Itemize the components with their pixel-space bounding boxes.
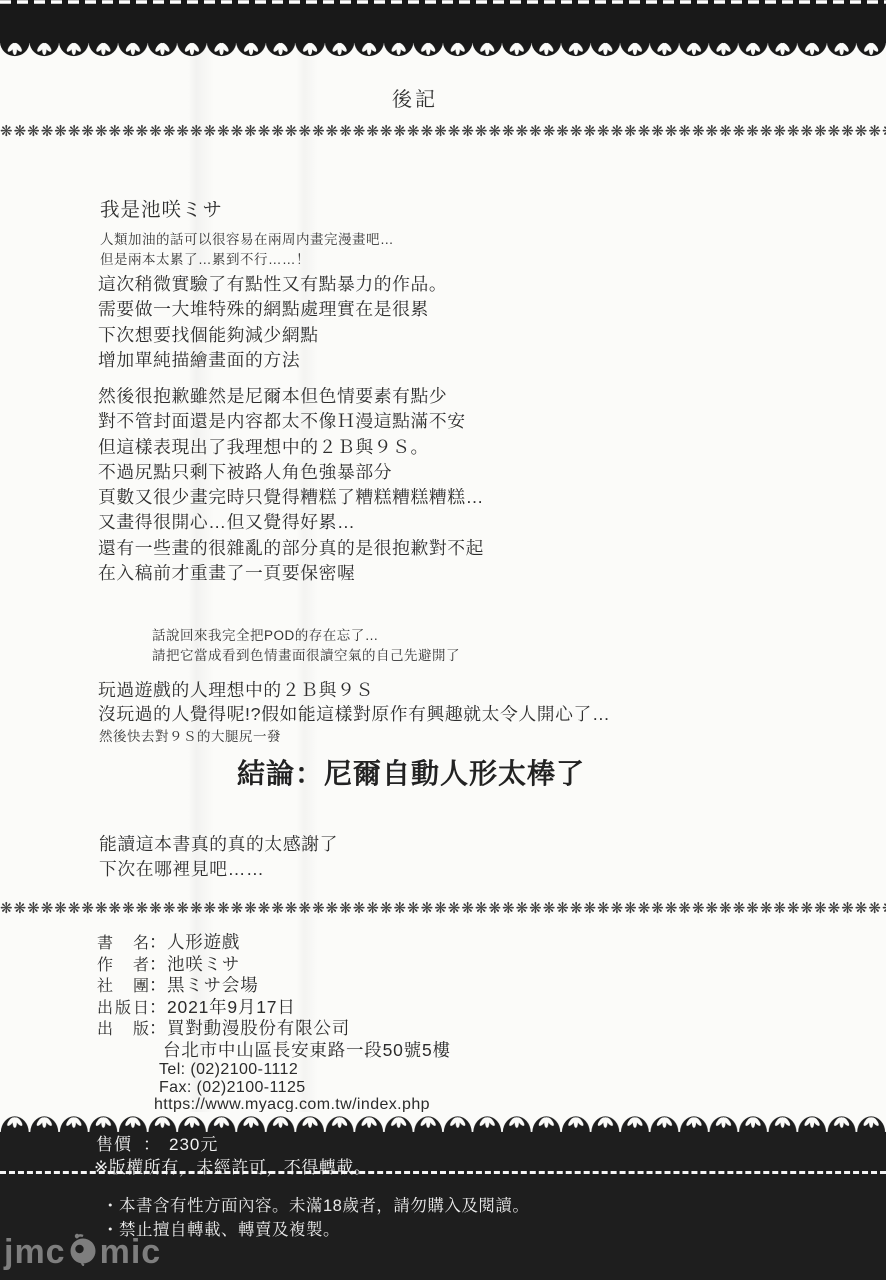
colophon: 書名：人形遊戲 作者：池咲ミサ 社團：黒ミサ会場 出版日：2021年9月17日 …	[97, 932, 451, 1114]
afterword-paragraph-2: 然後很抱歉雖然是尼爾本但色情要素有點少 對不管封面還是内容都太不像Ｈ漫這點滿不安…	[98, 384, 484, 586]
colophon-row-title: 書名：人形遊戲	[97, 932, 451, 954]
price-colon: ：	[143, 1130, 169, 1155]
copyright-line: ※版權所有，未經許可，不得轉載。	[94, 1153, 371, 1178]
colophon-label: 作者	[97, 955, 149, 977]
colophon-label: 出版日	[97, 998, 149, 1020]
watermark-suffix: mic	[100, 1233, 162, 1271]
price-value: 230元	[169, 1130, 218, 1155]
dashed-divider	[0, 1171, 886, 1174]
closing-lines: 能讀這本書真的真的太感謝了 下次在哪裡見吧……	[99, 832, 338, 883]
publisher-tel: Tel: (02)2100-1112	[97, 1061, 451, 1079]
colophon-colon: ：	[149, 932, 167, 954]
bullet-icon: ・	[102, 1197, 119, 1215]
price-label: 售價	[96, 1130, 143, 1155]
price-row: 售價：230元	[96, 1130, 218, 1155]
colophon-label: 社團	[97, 976, 149, 998]
afterword-note-2: 然後快去對９Ｓ的大腿尻一發	[99, 727, 281, 747]
ornament-divider-top: ❋❋❋❋❋❋❋❋❋❋❋❋❋❋❋❋❋❋❋❋❋❋❋❋❋❋❋❋❋❋❋❋❋❋❋❋❋❋❋❋…	[0, 122, 886, 141]
notice-text: 本書含有性方面內容。未滿18歲者，請勿購入及閱讀。	[119, 1197, 529, 1215]
lace-border-bottom-icon	[0, 1112, 886, 1132]
afterword-note-1: 人類加油的話可以很容易在兩周内畫完漫畫吧… 但是兩本太累了…累到不行……！	[100, 230, 394, 270]
bug-logo-icon	[67, 1230, 99, 1274]
colophon-value-book-title: 人形遊戲	[167, 932, 240, 954]
colophon-colon: ：	[149, 975, 167, 997]
footer-panel: 售價：230元 ※版權所有，未經許可，不得轉載。 ・本書含有性方面內容。未滿18…	[0, 1112, 886, 1280]
colophon-value-author: 池咲ミサ	[167, 954, 240, 976]
colophon-value-publisher: 買對動漫股份有限公司	[167, 1018, 350, 1040]
publisher-url: https://www.myacg.com.tw/index.php	[97, 1096, 451, 1114]
colophon-row-publisher: 出版：買對動漫股份有限公司	[97, 1018, 451, 1040]
conclusion-heading: 結論：尼爾自動人形太棒了	[237, 752, 585, 792]
colophon-colon: ：	[149, 954, 167, 976]
colophon-label: 書名	[97, 933, 149, 955]
intro-line: 我是池咲ミサ	[100, 194, 223, 222]
colophon-row-pubdate: 出版日：2021年9月17日	[97, 997, 451, 1019]
publisher-fax: Fax: (02)2100-1125	[97, 1079, 451, 1097]
page-title: 後記	[0, 83, 830, 112]
afterword-aside: 話說回來我完全把POD的存在忘了… 請把它當成看到色情畫面很讀空氣的自己先避開了	[152, 626, 460, 666]
watermark: jmc mic	[4, 1230, 161, 1274]
colophon-colon: ：	[149, 1018, 167, 1040]
colophon-value-pubdate: 2021年9月17日	[167, 997, 296, 1019]
afterword-paragraph-3: 玩過遊戲的人理想中的２Ｂ與９Ｓ 沒玩過的人覺得呢!?假如能這樣對原作有興趣就太令…	[98, 678, 610, 726]
notice-line-1: ・本書含有性方面內容。未滿18歲者，請勿購入及閱讀。	[102, 1192, 529, 1216]
colophon-value-circle: 黒ミサ会場	[167, 975, 259, 997]
colophon-label: 出版	[97, 1019, 149, 1041]
afterword-paragraph-1: 這次稍微實驗了有點性又有點暴力的作品。 需要做一大堆特殊的網點處理實在是很累 下…	[98, 272, 447, 373]
watermark-prefix: jmc	[4, 1233, 66, 1271]
colophon-row-author: 作者：池咲ミサ	[97, 954, 451, 976]
publisher-address: 台北市中山區長安東路一段50號5樓	[97, 1040, 451, 1062]
colophon-row-circle: 社團：黒ミサ会場	[97, 975, 451, 997]
colophon-colon: ：	[149, 997, 167, 1019]
lace-border-top-icon	[0, 0, 886, 58]
afterword-page: 後記 ❋❋❋❋❋❋❋❋❋❋❋❋❋❋❋❋❋❋❋❋❋❋❋❋❋❋❋❋❋❋❋❋❋❋❋❋❋…	[0, 0, 886, 1280]
ornament-divider-bottom: ❋❋❋❋❋❋❋❋❋❋❋❋❋❋❋❋❋❋❋❋❋❋❋❋❋❋❋❋❋❋❋❋❋❋❋❋❋❋❋❋…	[0, 899, 886, 918]
